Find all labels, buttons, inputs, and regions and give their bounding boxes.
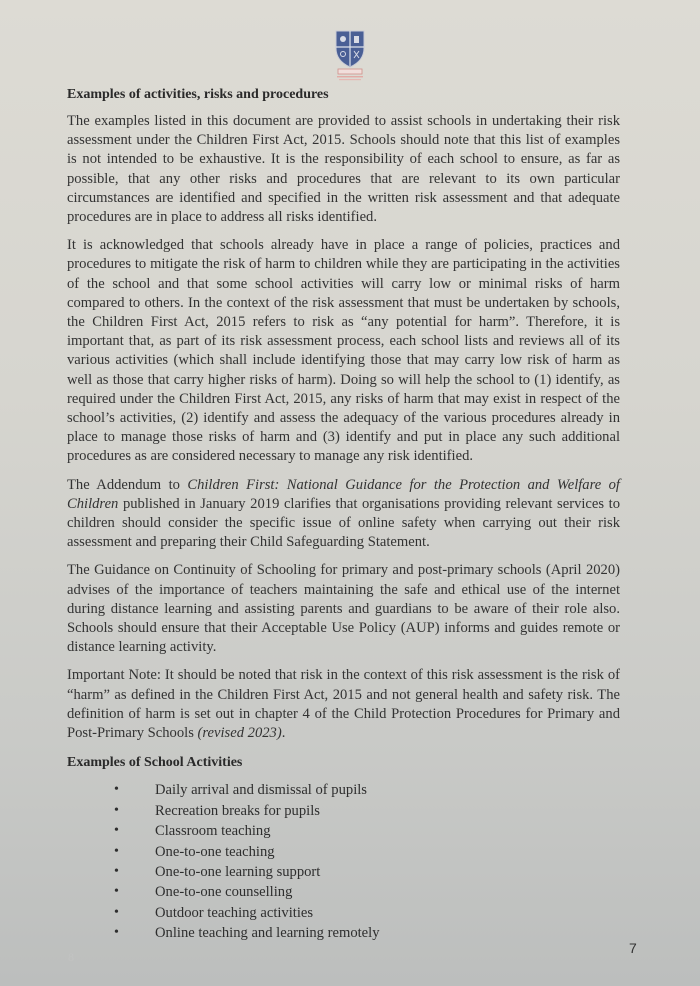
bullet-icon: •: [114, 780, 119, 800]
important-note-text: Important Note: It should be noted that …: [67, 667, 620, 741]
list-item-text: Online teaching and learning remotely: [155, 925, 380, 941]
list-item-text: Daily arrival and dismissal of pupils: [155, 782, 367, 798]
addendum-paragraph: The Addendum to Children First: National…: [67, 476, 620, 553]
bullet-icon: •: [114, 801, 119, 821]
document-body: Examples of activities, risks and proced…: [67, 87, 620, 944]
addendum-prefix: The Addendum to: [67, 477, 187, 493]
list-item: •One-to-one learning support: [67, 862, 620, 882]
important-note: Important Note: It should be noted that …: [67, 666, 620, 743]
list-item: •Classroom teaching: [67, 821, 620, 841]
activities-heading: Examples of School Activities: [67, 755, 620, 771]
list-item: •One-to-one counselling: [67, 882, 620, 902]
list-item: •Daily arrival and dismissal of pupils: [67, 780, 620, 800]
section-heading: Examples of activities, risks and proced…: [67, 87, 620, 103]
list-item: •Online teaching and learning remotely: [67, 923, 620, 943]
intro-paragraph: The examples listed in this document are…: [67, 112, 620, 227]
list-item-text: Classroom teaching: [155, 823, 271, 839]
important-note-italic: (revised 2023): [198, 725, 282, 741]
list-item: •Outdoor teaching activities: [67, 903, 620, 923]
bullet-icon: •: [114, 923, 119, 943]
bullet-icon: •: [114, 882, 119, 902]
activities-list: •Daily arrival and dismissal of pupils •…: [67, 780, 620, 943]
school-crest-icon: [333, 28, 367, 82]
important-note-end: .: [282, 725, 286, 741]
addendum-suffix: published in January 2019 clarifies that…: [67, 496, 620, 550]
list-item-text: One-to-one counselling: [155, 884, 292, 900]
guidance-paragraph: The Guidance on Continuity of Schooling …: [67, 561, 620, 657]
list-item: •One-to-one teaching: [67, 842, 620, 862]
document-page: Examples of activities, risks and proced…: [0, 0, 700, 986]
list-item-text: One-to-one learning support: [155, 864, 320, 880]
acknowledgement-paragraph: It is acknowledged that schools already …: [67, 236, 620, 466]
page-number: 7: [629, 940, 637, 956]
list-item-text: Outdoor teaching activities: [155, 905, 313, 921]
bullet-icon: •: [114, 821, 119, 841]
bullet-icon: •: [114, 862, 119, 882]
list-item: •Recreation breaks for pupils: [67, 801, 620, 821]
bullet-icon: •: [114, 842, 119, 862]
list-item-text: Recreation breaks for pupils: [155, 803, 320, 819]
bullet-icon: •: [114, 903, 119, 923]
bleed-through-page-number: 8: [68, 950, 74, 965]
list-item-text: One-to-one teaching: [155, 844, 275, 860]
